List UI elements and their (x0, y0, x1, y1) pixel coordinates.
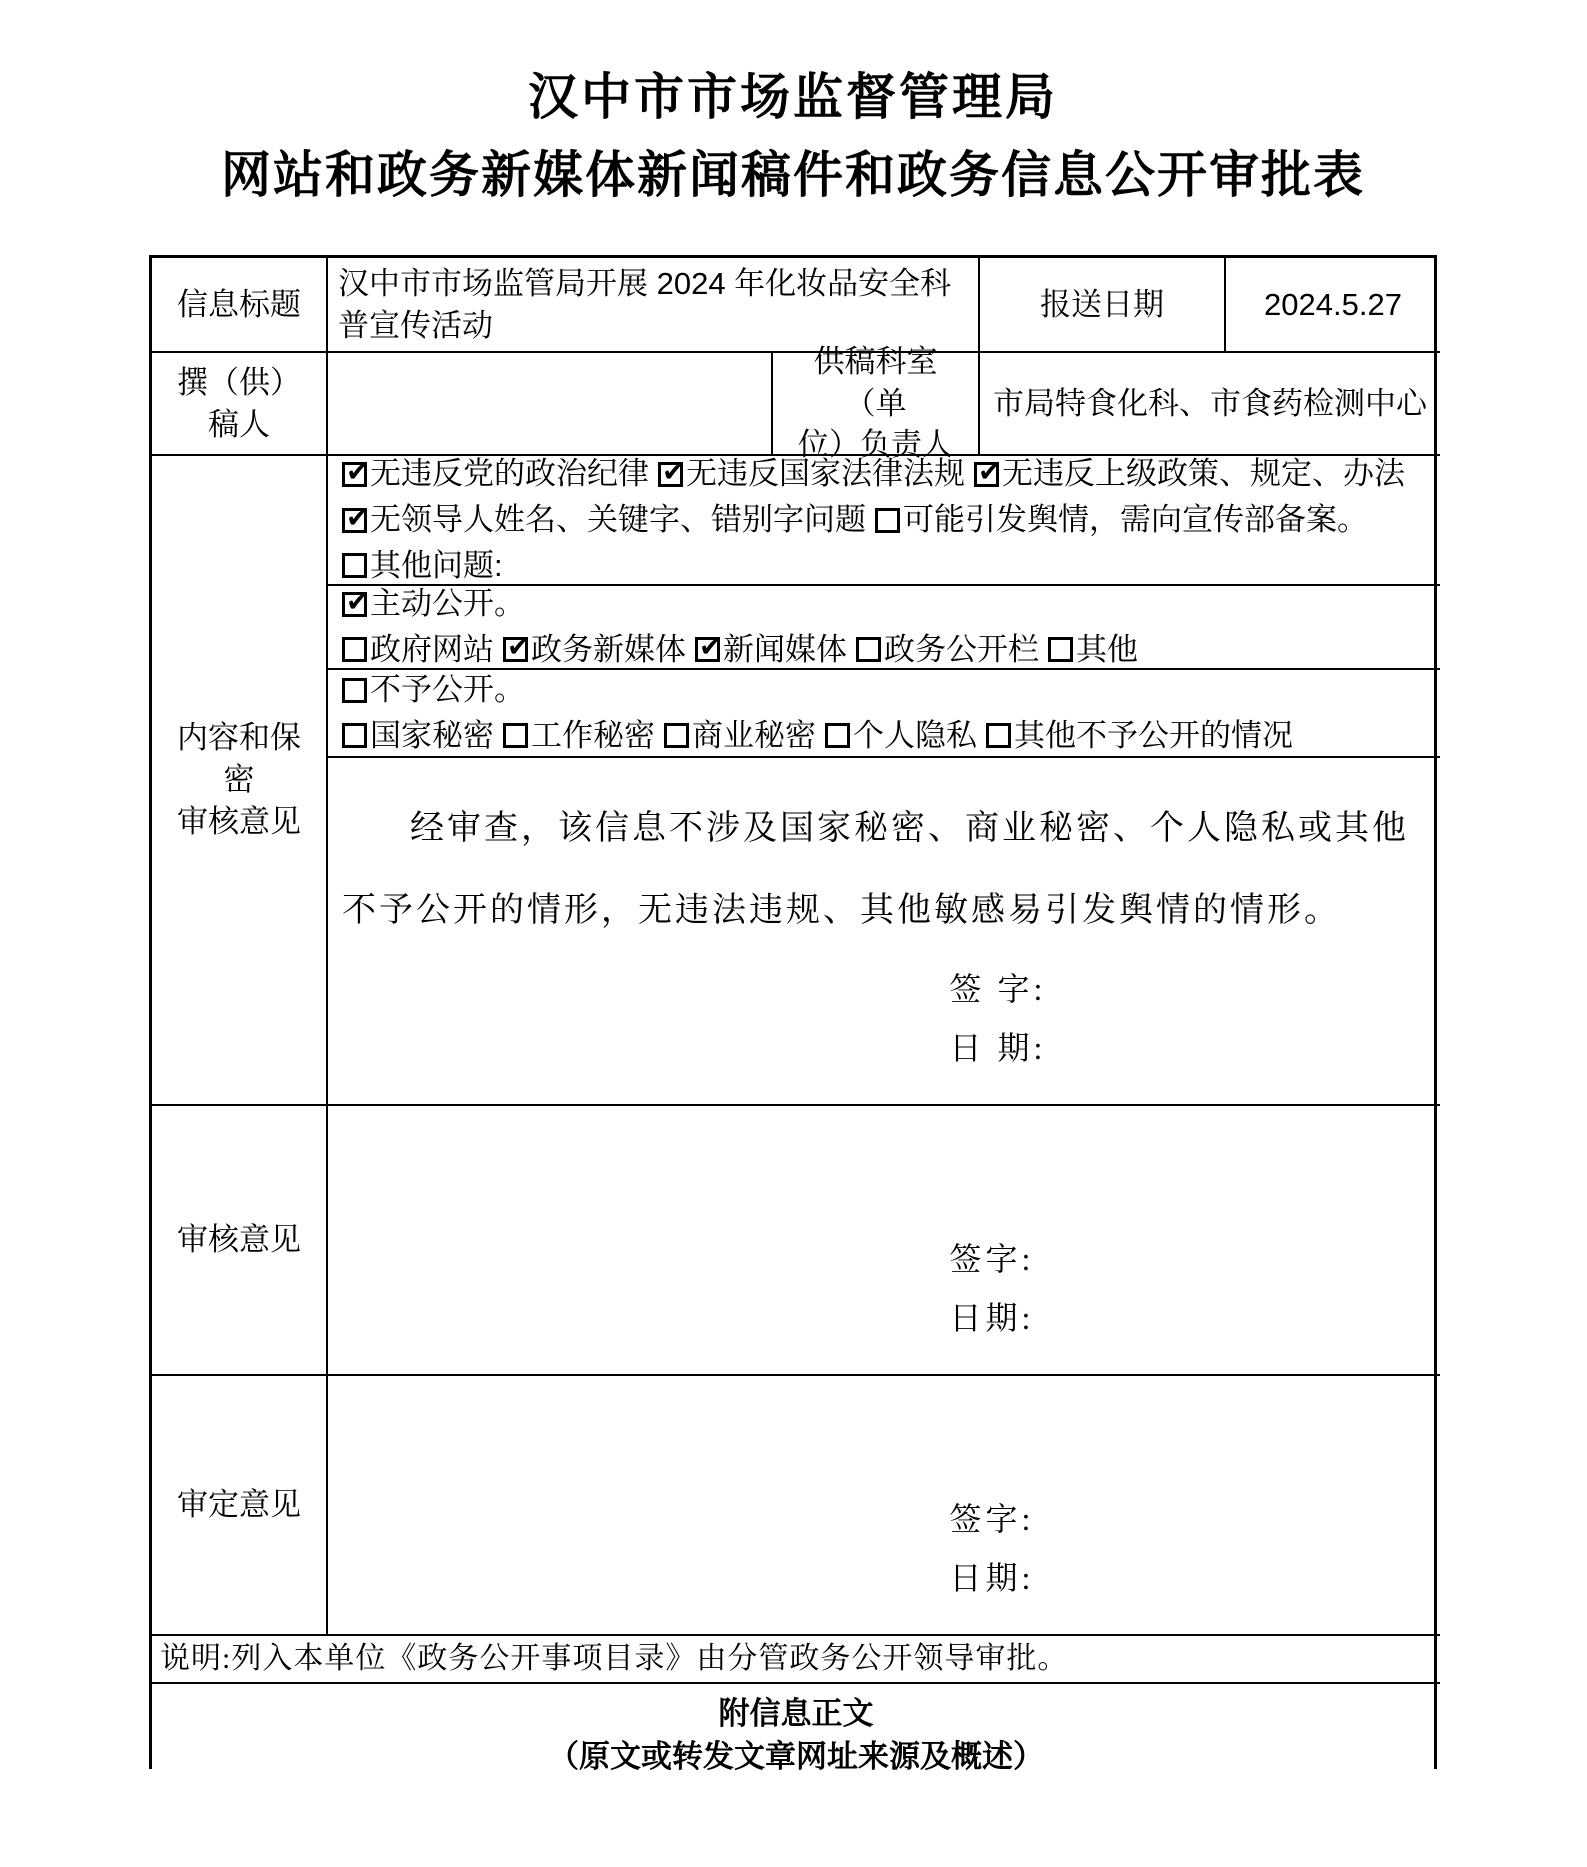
checked-checkbox-icon[interactable] (342, 462, 367, 487)
unchecked-checkbox-icon[interactable] (825, 723, 850, 748)
checkbox-item[interactable]: 国家秘密 (342, 715, 494, 757)
signature-label[interactable]: 签字: (950, 1230, 1430, 1289)
signature-label[interactable]: 签字: (950, 1490, 1430, 1549)
unchecked-checkbox-icon[interactable] (664, 723, 689, 748)
checkbox-item[interactable]: 无违反党的政治纪律 (342, 453, 649, 495)
checkbox-label: 无领导人姓名、关键字、错别字问题 (370, 499, 866, 541)
compliance-line-2: 无领导人姓名、关键字、错别字问题可能引发舆情，需向宣传部备案。 (342, 499, 1434, 541)
checkbox-item[interactable]: 工作秘密 (503, 715, 655, 757)
checked-checkbox-icon[interactable] (503, 637, 528, 662)
checkbox-label: 其他 (1076, 629, 1138, 671)
unchecked-checkbox-icon[interactable] (875, 508, 900, 533)
report-date-value: 2024.5.27 (1226, 258, 1440, 353)
no-disclosure-checkbox-group: 不予公开。 国家秘密工作秘密商业秘密个人隐私其他不予公开的情况 (328, 670, 1440, 758)
unchecked-checkbox-icon[interactable] (342, 723, 367, 748)
review-opinion-cell[interactable]: 签字: 日期: (328, 1106, 1440, 1376)
checkbox-label: 个人隐私 (853, 715, 977, 757)
compliance-checkbox-group: 无违反党的政治纪律无违反国家法律法规无违反上级政策、规定、办法 无领导人姓名、关… (328, 456, 1440, 586)
checkbox-item[interactable]: 政务新媒体 (503, 629, 686, 671)
checkbox-label: 无违反党的政治纪律 (370, 453, 649, 495)
approval-opinion-label: 审定意见 (152, 1376, 328, 1636)
unchecked-checkbox-icon[interactable] (342, 553, 367, 578)
signature-date-label[interactable]: 日期: (950, 1549, 1430, 1608)
checkbox-item[interactable]: 可能引发舆情，需向宣传部备案。 (875, 499, 1368, 541)
signature-date-label[interactable]: 日期: (950, 1289, 1430, 1348)
checkbox-item[interactable]: 主动公开。 (342, 583, 525, 625)
checkbox-label: 商业秘密 (692, 715, 816, 757)
checkbox-item[interactable]: 政务公开栏 (856, 629, 1039, 671)
content-review-signature-block: 签 字: 日 期: (950, 960, 1430, 1078)
checkbox-label: 不予公开。 (370, 669, 525, 711)
dept-label: 供稿科室（单 位）负责人 (773, 353, 980, 456)
note-text: 说明:列入本单位《政务公开事项目录》由分管政务公开领导审批。 (152, 1636, 1440, 1684)
attachment-header-cell: 附信息正文 （原文或转发文章网址来源及概述） (152, 1684, 1440, 1769)
active-disclosure-line-2: 政府网站政务新媒体新闻媒体政务公开栏其他 (342, 629, 1434, 671)
active-disclosure-checkbox-group: 主动公开。 政府网站政务新媒体新闻媒体政务公开栏其他 (328, 586, 1440, 670)
info-title-label: 信息标题 (152, 258, 328, 353)
document-title-line1: 汉中市市场监督管理局 (149, 72, 1437, 122)
unchecked-checkbox-icon[interactable] (342, 678, 367, 703)
checkbox-item[interactable]: 政府网站 (342, 629, 494, 671)
checkbox-item[interactable]: 新闻媒体 (695, 629, 847, 671)
checkbox-label: 其他问题: (370, 545, 503, 587)
unchecked-checkbox-icon[interactable] (856, 637, 881, 662)
signature-date-label[interactable]: 日 期: (950, 1019, 1430, 1078)
active-disclosure-line-1: 主动公开。 (342, 583, 1434, 625)
checkbox-label: 无违反国家法律法规 (686, 453, 965, 495)
checkbox-label: 政府网站 (370, 629, 494, 671)
no-disclosure-line-2: 国家秘密工作秘密商业秘密个人隐私其他不予公开的情况 (342, 715, 1434, 757)
compliance-line-3: 其他问题: (342, 545, 1434, 587)
checkbox-label: 无违反上级政策、规定、办法 (1002, 453, 1405, 495)
checkbox-item[interactable]: 其他不予公开的情况 (986, 715, 1293, 757)
checked-checkbox-icon[interactable] (695, 637, 720, 662)
attachment-subtitle: （原文或转发文章网址来源及概述） (548, 1735, 1044, 1778)
checkbox-label: 主动公开。 (370, 583, 525, 625)
author-value-cell[interactable] (328, 353, 773, 456)
checkbox-label: 国家秘密 (370, 715, 494, 757)
approval-form-table: 信息标题 汉中市市场监管局开展 2024 年化妆品安全科普宣传活动 报送日期 2… (149, 255, 1437, 1769)
checkbox-label: 其他不予公开的情况 (1014, 715, 1293, 757)
author-label: 撰（供） 稿人 (152, 353, 328, 456)
no-disclosure-line-1: 不予公开。 (342, 669, 1434, 711)
checkbox-item[interactable]: 不予公开。 (342, 669, 525, 711)
content-review-statement-cell: 经审查，该信息不涉及国家秘密、商业秘密、个人隐私或其他不予公开的情形，无违法违规… (328, 758, 1440, 1106)
info-title-value: 汉中市市场监管局开展 2024 年化妆品安全科普宣传活动 (328, 258, 980, 353)
checkbox-label: 新闻媒体 (723, 629, 847, 671)
signature-label[interactable]: 签 字: (950, 960, 1430, 1019)
unchecked-checkbox-icon[interactable] (1048, 637, 1073, 662)
checkbox-label: 工作秘密 (531, 715, 655, 757)
approval-form-page: 汉中市市场监督管理局 网站和政务新媒体新闻稿件和政务信息公开审批表 信息标题 汉… (0, 0, 1587, 1867)
checkbox-item[interactable]: 无领导人姓名、关键字、错别字问题 (342, 499, 866, 541)
approval-opinion-signature-block: 签字: 日期: (950, 1490, 1430, 1608)
checkbox-label: 可能引发舆情，需向宣传部备案。 (903, 499, 1368, 541)
checked-checkbox-icon[interactable] (658, 462, 683, 487)
approval-opinion-cell[interactable]: 签字: 日期: (328, 1376, 1440, 1636)
checkbox-label: 政务新媒体 (531, 629, 686, 671)
checkbox-item[interactable]: 其他 (1048, 629, 1138, 671)
content-review-statement: 经审查，该信息不涉及国家秘密、商业秘密、个人隐私或其他不予公开的情形，无违法违规… (342, 788, 1426, 951)
report-date-label: 报送日期 (980, 258, 1226, 353)
checked-checkbox-icon[interactable] (974, 462, 999, 487)
checked-checkbox-icon[interactable] (342, 508, 367, 533)
review-opinion-signature-block: 签字: 日期: (950, 1230, 1430, 1348)
checkbox-item[interactable]: 无违反国家法律法规 (658, 453, 965, 495)
compliance-line-1: 无违反党的政治纪律无违反国家法律法规无违反上级政策、规定、办法 (342, 453, 1434, 495)
checkbox-item[interactable]: 商业秘密 (664, 715, 816, 757)
attachment-title: 附信息正文 (719, 1692, 874, 1735)
checked-checkbox-icon[interactable] (342, 592, 367, 617)
dept-value: 市局特食化科、市食药检测中心 (980, 353, 1440, 456)
document-title-line2: 网站和政务新媒体新闻稿件和政务信息公开审批表 (149, 150, 1437, 200)
unchecked-checkbox-icon[interactable] (503, 723, 528, 748)
unchecked-checkbox-icon[interactable] (986, 723, 1011, 748)
checkbox-item[interactable]: 无违反上级政策、规定、办法 (974, 453, 1405, 495)
content-review-section-label: 内容和保密 审核意见 (152, 456, 328, 1106)
checkbox-label: 政务公开栏 (884, 629, 1039, 671)
document-header: 汉中市市场监督管理局 网站和政务新媒体新闻稿件和政务信息公开审批表 (149, 72, 1437, 200)
checkbox-item[interactable]: 个人隐私 (825, 715, 977, 757)
review-opinion-label: 审核意见 (152, 1106, 328, 1376)
checkbox-item[interactable]: 其他问题: (342, 545, 503, 587)
unchecked-checkbox-icon[interactable] (342, 637, 367, 662)
